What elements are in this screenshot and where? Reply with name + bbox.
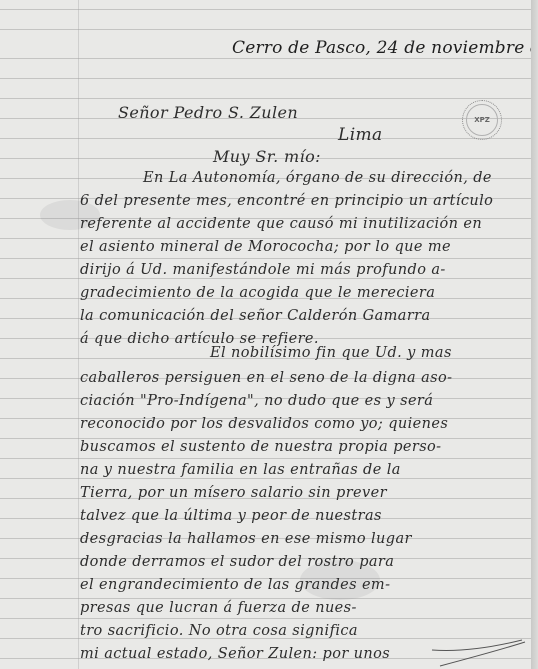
- archive-seal-icon: XPZ: [462, 100, 502, 140]
- body-line: El nobilísimo fin que Ud. y mas: [210, 345, 452, 361]
- body-line: el engrandecimiento de las grandes em-: [80, 577, 390, 593]
- body-line: referente al accidente que causó mi inut…: [80, 216, 482, 232]
- body-line: talvez que la última y peor de nuestras: [80, 508, 382, 524]
- body-line: na y nuestra familia en las entrañas de …: [80, 462, 401, 478]
- body-line: el asiento mineral de Morococha; por lo …: [80, 239, 451, 255]
- stamp-label: XPZ: [466, 104, 498, 136]
- salutation: Muy Sr. mío:: [213, 147, 321, 166]
- signature-flourish-icon: [430, 638, 530, 668]
- letter-page: Cerro de Pasco, 24 de noviembre de 1915 …: [0, 0, 531, 669]
- body-line: buscamos el sustento de nuestra propia p…: [80, 439, 441, 455]
- body-line: reconocido por los desvalidos como yo; q…: [80, 416, 448, 432]
- body-line: donde derramos el sudor del rostro para: [80, 554, 394, 570]
- addressee: Señor Pedro S. Zulen: [118, 103, 298, 122]
- body-line: mi actual estado, Señor Zulen: por unos: [80, 646, 390, 662]
- body-line: dirijo á Ud. manifestándole mi más profu…: [80, 262, 446, 278]
- addressee-city: Lima: [338, 125, 383, 145]
- body-line: ciación "Pro-Indígena", no dudo que es y…: [80, 393, 433, 409]
- body-line: 6 del presente mes, encontré en principi…: [80, 193, 493, 209]
- body-line: presas que lucran á fuerza de nues-: [80, 600, 357, 616]
- place-date: Cerro de Pasco, 24 de noviembre de 1915: [232, 38, 538, 58]
- body-line: desgracias la hallamos en ese mismo luga…: [80, 531, 412, 547]
- body-line: gradecimiento de la acogida que le merec…: [80, 285, 435, 301]
- page-edge: [531, 0, 538, 669]
- body-line: caballeros persiguen en el seno de la di…: [80, 370, 452, 386]
- body-line: En La Autonomía, órgano de su dirección,…: [143, 170, 492, 186]
- body-line: Tierra, por un mísero salario sin prever: [80, 485, 387, 501]
- body-line: tro sacrificio. No otra cosa significa: [80, 623, 358, 639]
- body-line: la comunicación del señor Calderón Gamar…: [80, 308, 431, 324]
